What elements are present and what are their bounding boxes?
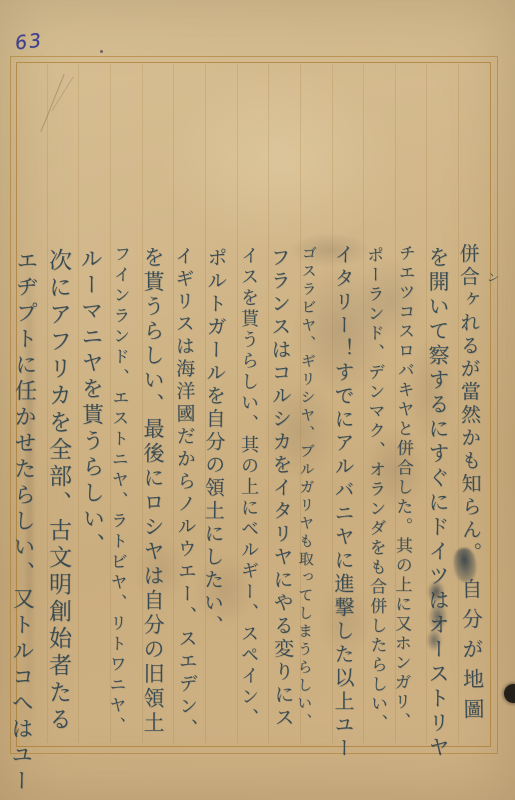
stray-ink-mark: ン: [485, 268, 500, 287]
ink-blot: [504, 684, 515, 703]
text-column-6: ゴスラビヤ、ギリシヤ、ブルガリヤも取ってしまうらしい、: [294, 245, 320, 731]
text-column-7: フランスはコルシカをイタリヤにやる変りにス: [265, 247, 298, 730]
text-column-8: イスを貰うらしい、其の上にベルギー、スペイン、: [235, 246, 261, 729]
text-column-11: を貰うらしい、最後にロシヤは自分の旧領土: [138, 246, 168, 736]
text-column-10: イギリスは海洋國だからノルウエー、スエデン、: [170, 246, 201, 741]
text-column-1: 併合ヶれるが當然かも知らん。: [454, 243, 486, 565]
manuscript-page: 63 併合ヶれるが當然かも知らん。 を開いて察するにすぐにドイツはオーストリヤ …: [0, 0, 515, 800]
text-column-13: ルーマニヤを貰うらしい、: [74, 247, 108, 559]
text-column-9: ポルトガールを自分の領土にしたい、: [198, 247, 231, 638]
text-column-2: を開いて察するにすぐにドイツはオーストリヤ: [423, 246, 453, 761]
text-column-14: 次にアフリカを全部、古文明創始者たる: [42, 248, 75, 734]
text-column-12: フインランド、エストニヤ、ラトビヤ、リトワニヤ、: [103, 245, 133, 737]
paper-speck: [100, 50, 103, 53]
text-column-15: エヂプトに任かせたらしい、又トルコへはユー: [4, 249, 41, 795]
text-column-5: イタリー！すでにアルバニヤに進撃した以上ユー: [329, 244, 358, 761]
text-column-3: チエツコスロバキヤと併合した。其の上に又ホンガリ、: [388, 244, 418, 732]
folio-number-mark: 63: [14, 29, 45, 54]
scratch-mark: [40, 74, 64, 132]
interlinear-insertion: 自分が地圖: [456, 578, 489, 729]
text-column-4: ポーランド、デンマク、オランダをも合併したらしい、: [361, 246, 390, 734]
